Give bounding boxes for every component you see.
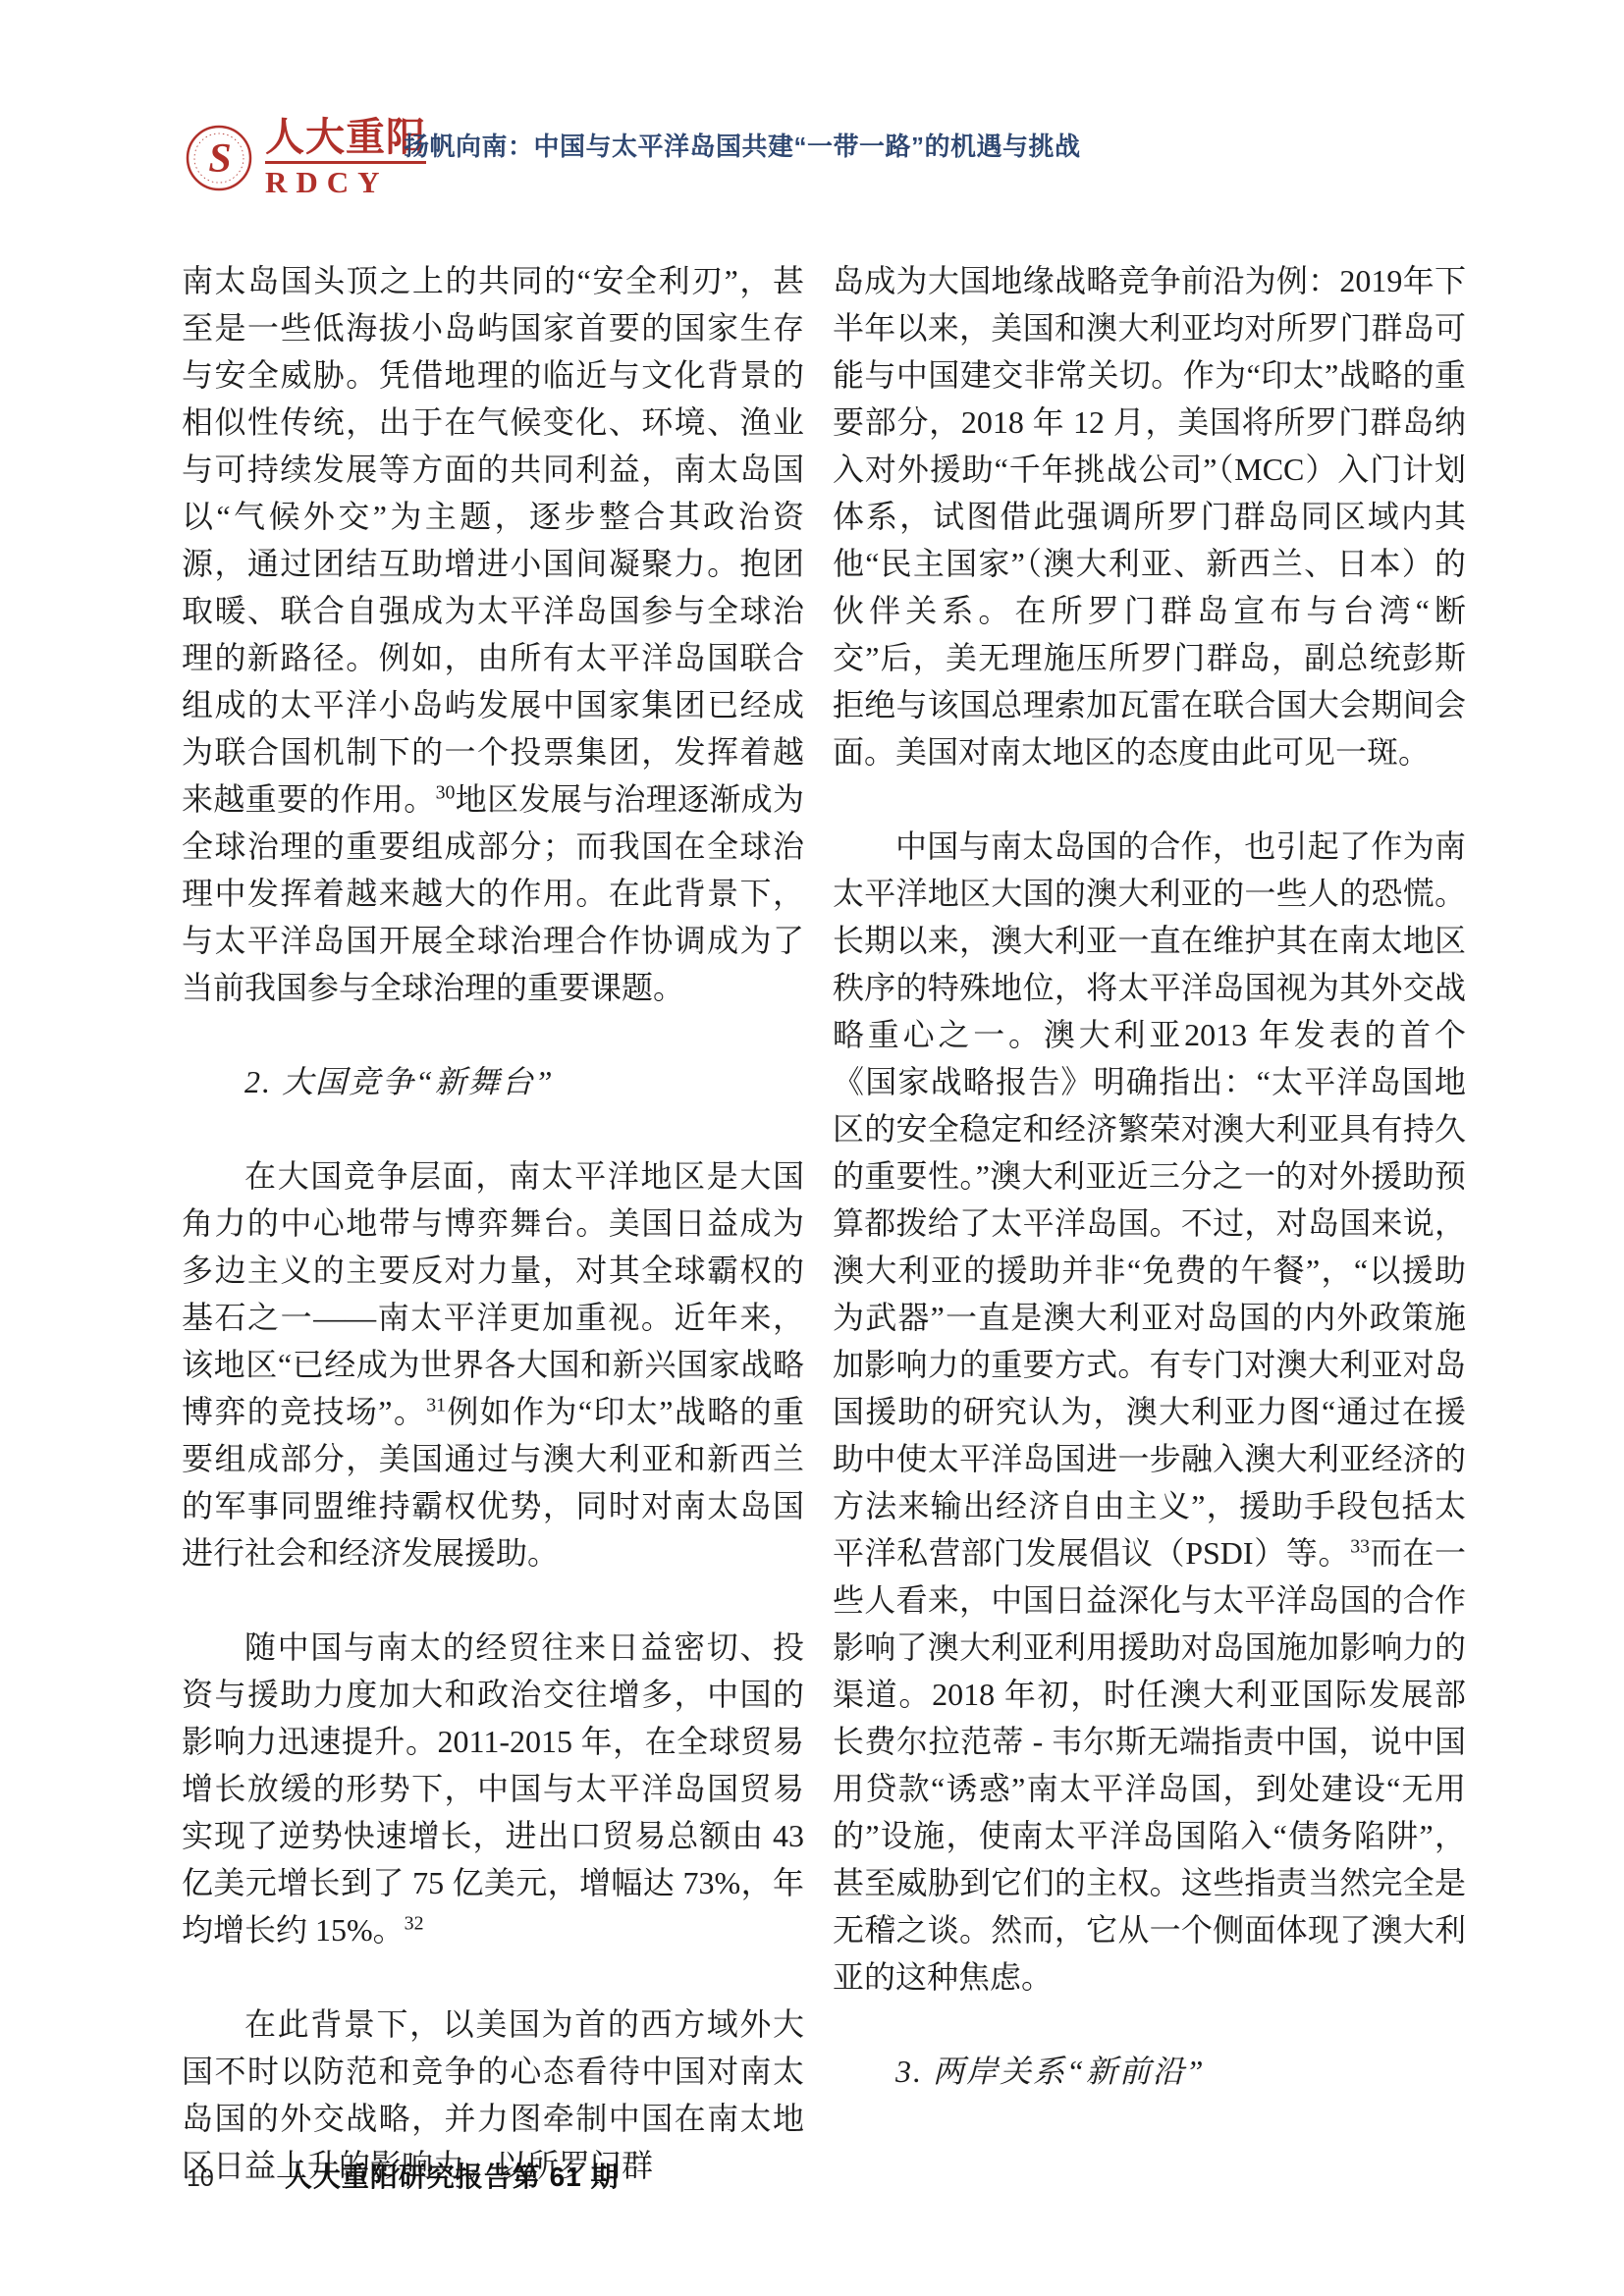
page-footer: 10 人大重阳研究报告第 61 期 (187, 2156, 620, 2195)
paragraph: 中国与南太岛国的合作，也引起了作为南太平洋地区大国的澳大利亚的一些人的恐慌。长期… (833, 823, 1466, 2001)
svg-text:S: S (208, 136, 231, 182)
footnote-marker-30: 30 (436, 781, 456, 803)
paragraph-text: 中国与南太岛国的合作，也引起了作为南太平洋地区大国的澳大利亚的一些人的恐慌。长期… (833, 828, 1466, 1571)
section-heading-3: 3. 两岸关系“新前沿” (833, 2048, 1466, 2095)
paragraph: 在大国竞争层面，南太平洋地区是大国角力的中心地带与博弈舞台。美国日益成为多边主义… (182, 1152, 804, 1576)
paragraph: 南太岛国头顶之上的共同的“安全利刃”，甚至是一些低海拔小岛屿国家首要的国家生存与… (182, 257, 804, 1011)
paragraph-text: 随中国与南太的经贸往来日益密切、投资与援助力度加大和政治交往增多，中国的影响力迅… (182, 1629, 804, 1948)
paragraph-text: 南太岛国头顶之上的共同的“安全利刃”，甚至是一些低海拔小岛屿国家首要的国家生存与… (182, 263, 804, 817)
footnote-marker-31: 31 (426, 1394, 446, 1415)
running-head-title: 扬帆向南：中国与太平洋岛国共建“一带一路”的机遇与挑战 (404, 131, 1081, 162)
paragraph: 随中国与南太的经贸往来日益密切、投资与援助力度加大和政治交往增多，中国的影响力迅… (182, 1624, 804, 1953)
rdcy-logo: S 人大重阳 RDCY (185, 116, 426, 200)
paragraph: 岛成为大国地缘战略竞争前沿为例：2019年下半年以来，美国和澳大利亚均对所罗门群… (833, 257, 1466, 775)
paragraph-text: 而在一些人看来，中国日益深化与太平洋岛国的合作影响了澳大利亚利用援助对岛国施加影… (833, 1535, 1466, 1995)
page-number: 10 (187, 2164, 214, 2193)
footnote-marker-33: 33 (1350, 1535, 1370, 1557)
report-series-title: 人大重阳研究报告第 61 期 (285, 2156, 620, 2195)
paragraph-text: 在大国竞争层面，南太平洋地区是大国角力的中心地带与博弈舞台。美国日益成为多边主义… (182, 1158, 804, 1429)
left-column: 南太岛国头顶之上的共同的“安全利刃”，甚至是一些低海拔小岛屿国家首要的国家生存与… (182, 257, 804, 2236)
footnote-marker-32: 32 (405, 1912, 424, 1934)
right-column: 岛成为大国地缘战略竞争前沿为例：2019年下半年以来，美国和澳大利亚均对所罗门群… (833, 257, 1466, 2236)
section-heading-2: 2. 大国竞争“新舞台” (182, 1058, 804, 1105)
paragraph-text: 岛成为大国地缘战略竞争前沿为例：2019年下半年以来，美国和澳大利亚均对所罗门群… (833, 263, 1466, 770)
logo-latin-name: RDCY (265, 161, 426, 200)
rdcy-seal-icon: S (185, 124, 253, 192)
two-column-body: 南太岛国头顶之上的共同的“安全利刃”，甚至是一些低海拔小岛屿国家首要的国家生存与… (182, 257, 1466, 2236)
logo-chinese-name: 人大重阳 (265, 116, 426, 159)
